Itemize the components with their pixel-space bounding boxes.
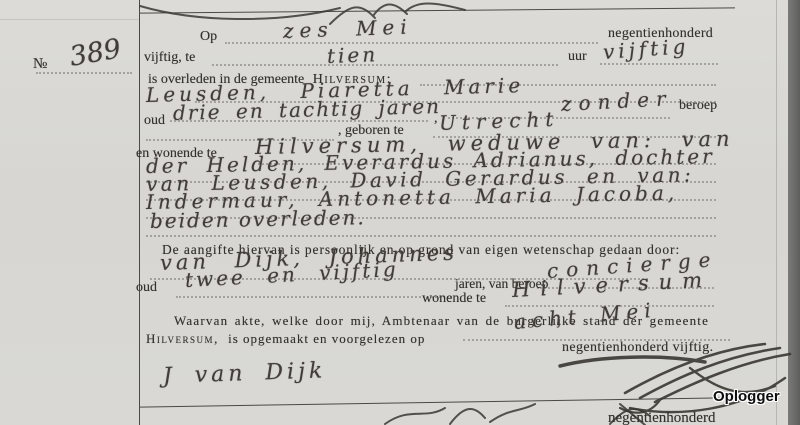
- printed-closing-line2: Hilversum, is opgemaakt en voorgelezen o…: [146, 332, 425, 345]
- printed-age-comma: ,: [434, 112, 438, 126]
- next-record-printed-year: negentienhonderd: [608, 411, 715, 425]
- deceased-age-handwritten: drie en tachtig jaren: [173, 96, 442, 123]
- previous-signature-scrawl: [135, 0, 485, 26]
- record-number-label: №: [33, 57, 47, 72]
- declarant-signature-handwritten: J van Dijk: [163, 360, 327, 388]
- leader-line: [600, 63, 718, 65]
- printed-age-label: oud: [144, 114, 165, 128]
- leader-line: [212, 64, 558, 66]
- declarant-residence-handwritten: Hilversum: [511, 270, 712, 301]
- printed-closing-municipality: Hilversum,: [146, 331, 219, 346]
- column-divider-line: [139, 0, 140, 425]
- printed-closing-line2-text: is opgemaakt en voorgelezen op: [228, 331, 425, 346]
- printed-declarant-age-label: oud: [136, 281, 157, 295]
- margin-crease-line: [0, 19, 139, 20]
- death-hour-handwritten: tien: [327, 44, 379, 66]
- leader-line: [225, 42, 598, 44]
- leader-line: [36, 72, 132, 74]
- leader-line: [176, 296, 452, 298]
- relation-line4-handwritten: beiden overleden.: [150, 207, 366, 231]
- death-certificate-scan: № 389 Op zes Mei negentienhonderd vijfti…: [0, 0, 800, 425]
- deceased-occupation-handwritten: zonder: [560, 88, 673, 114]
- oplogger-watermark: Oplogger: [713, 389, 780, 404]
- death-minutes-handwritten: vijftig: [602, 36, 690, 62]
- printed-declarant-residence-label: wonende te: [422, 292, 486, 306]
- printed-op: Op: [200, 30, 217, 44]
- record-number: 389: [68, 35, 123, 71]
- printed-occupation-label: beroep: [679, 99, 717, 113]
- printed-hour-suffix: uur: [568, 50, 587, 64]
- printed-time-prefix: vijftig, te: [144, 51, 195, 65]
- leader-line: [146, 235, 716, 237]
